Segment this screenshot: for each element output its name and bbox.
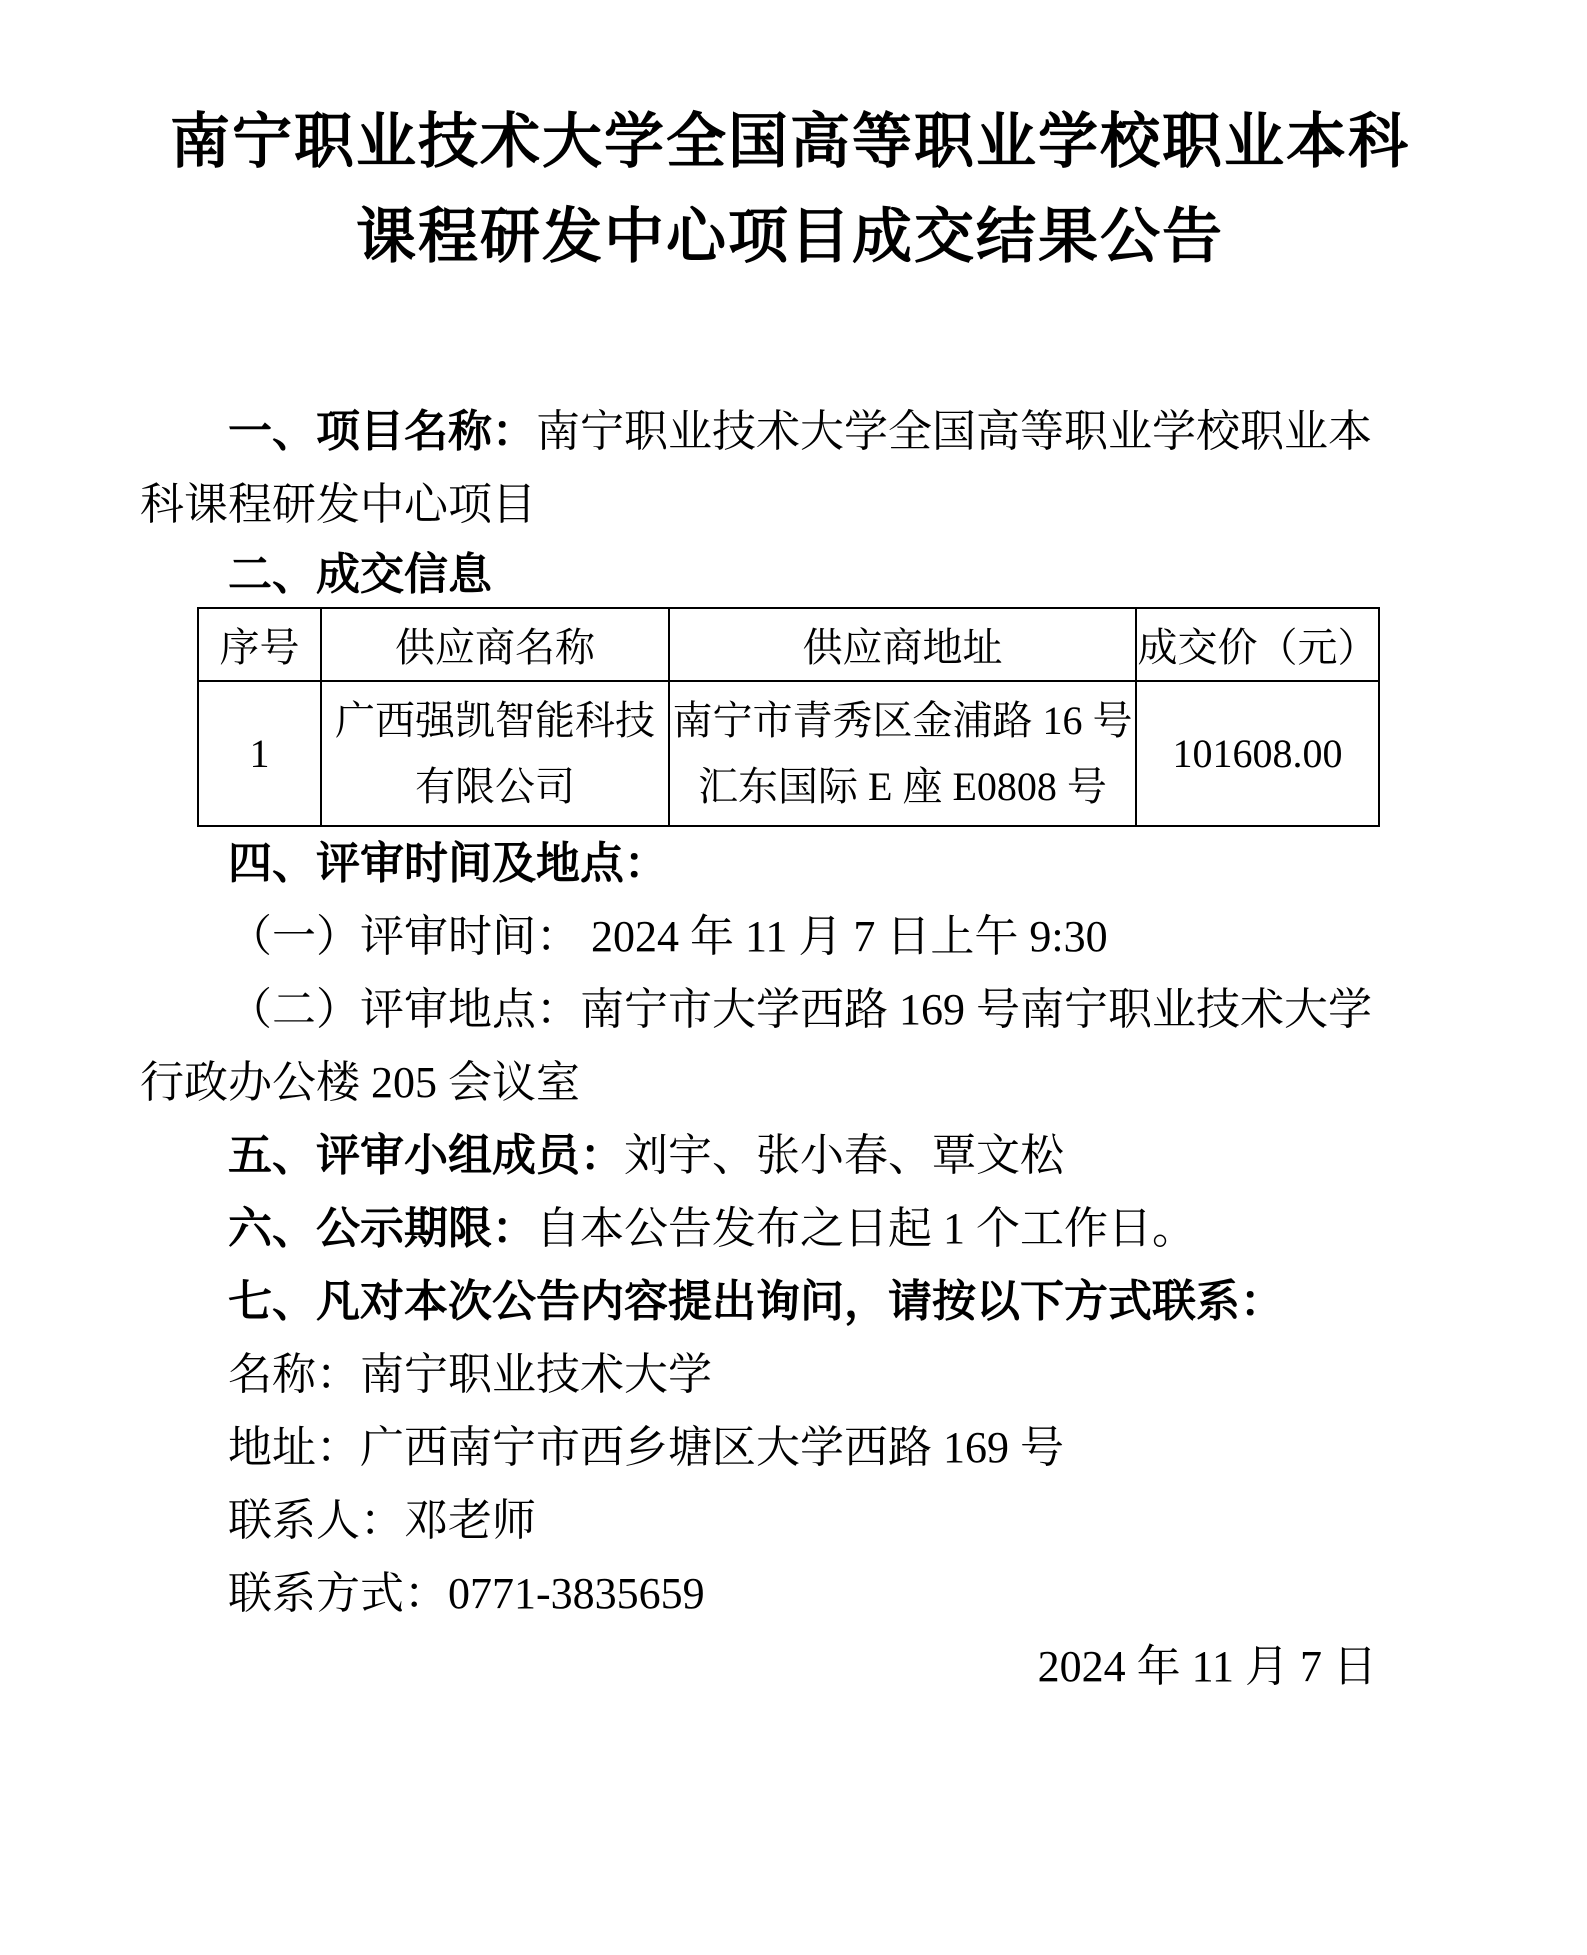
section-4-review-place-line2: 行政办公楼 205 会议室 [140,1046,1440,1119]
section-4-review-place-line1: （二）评审地点：南宁市大学西路 169 号南宁职业技术大学 [140,973,1440,1046]
document-title-line2: 课程研发中心项目成交结果公告 [356,204,1224,270]
section-7-heading: 七、凡对本次公告内容提出询问，请按以下方式联系： [140,1265,1440,1338]
contact-person: 联系人：邓老师 [140,1484,1440,1557]
section-1-text-part2: 科课程研发中心项目 [140,480,536,529]
section-1-text-part1: 南宁职业技术大学全国高等职业学校职业本 [536,407,1372,456]
section-4-review-time: （一）评审时间： 2024 年 11 月 7 日上午 9:30 [140,900,1440,973]
cell-price: 101608.00 [1136,681,1379,826]
table-header-row: 序号 供应商名称 供应商地址 成交价（元） [198,608,1379,681]
section-6-text: 自本公告发布之日起 1 个工作日。 [536,1204,1196,1253]
contact-address: 地址：广西南宁市西乡塘区大学西路 169 号 [140,1411,1440,1484]
col-header-supplier-name: 供应商名称 [321,608,669,681]
cell-supplier-name: 广西强凯智能科技 有限公司 [321,681,669,826]
section-1-project-name-line2: 科课程研发中心项目 [140,468,1440,541]
contact-name: 名称：南宁职业技术大学 [140,1338,1440,1411]
section-2-heading: 二、成交信息 [140,543,1440,607]
announcement-document: 南宁职业技术大学全国高等职业学校职业本科 课程研发中心项目成交结果公告 一、项目… [0,0,1587,1955]
supplier-address-line1: 南宁市青秀区金浦路 16 号 [670,688,1135,754]
section-1-project-name-line1: 一、项目名称：南宁职业技术大学全国高等职业学校职业本 [140,395,1440,468]
section-4-heading: 四、评审时间及地点： [140,827,1440,900]
cell-serial: 1 [198,681,321,826]
table-row: 1 广西强凯智能科技 有限公司 南宁市青秀区金浦路 16 号 汇东国际 E 座 … [198,681,1379,826]
col-header-price: 成交价（元） [1136,608,1379,681]
document-date: 2024 年 11 月 7 日 [140,1630,1440,1703]
col-header-serial: 序号 [198,608,321,681]
cell-supplier-address: 南宁市青秀区金浦路 16 号 汇东国际 E 座 E0808 号 [669,681,1136,826]
col-header-supplier-address: 供应商地址 [669,608,1136,681]
section-6-publicity-period: 六、公示期限：自本公告发布之日起 1 个工作日。 [140,1192,1440,1265]
section-6-label: 六、公示期限： [228,1204,536,1253]
supplier-address-line2: 汇东国际 E 座 E0808 号 [670,754,1135,820]
document-title-line1: 南宁职业技术大学全国高等职业学校职业本科 [170,109,1410,175]
document-title: 南宁职业技术大学全国高等职业学校职业本科 课程研发中心项目成交结果公告 [140,95,1440,285]
section-5-members: 刘宇、张小春、覃文松 [624,1131,1064,1180]
section-5-label: 五、评审小组成员： [228,1131,624,1180]
document-body: 一、项目名称：南宁职业技术大学全国高等职业学校职业本 科课程研发中心项目 二、成… [140,395,1440,1703]
contact-phone: 联系方式：0771-3835659 [140,1557,1440,1630]
section-1-label: 一、项目名称： [228,407,536,456]
deal-info-table: 序号 供应商名称 供应商地址 成交价（元） 1 广西强凯智能科技 有限公司 南宁… [197,607,1380,827]
section-5-review-panel: 五、评审小组成员：刘宇、张小春、覃文松 [140,1119,1440,1192]
supplier-name-line1: 广西强凯智能科技 [322,688,668,754]
supplier-name-line2: 有限公司 [322,754,668,820]
